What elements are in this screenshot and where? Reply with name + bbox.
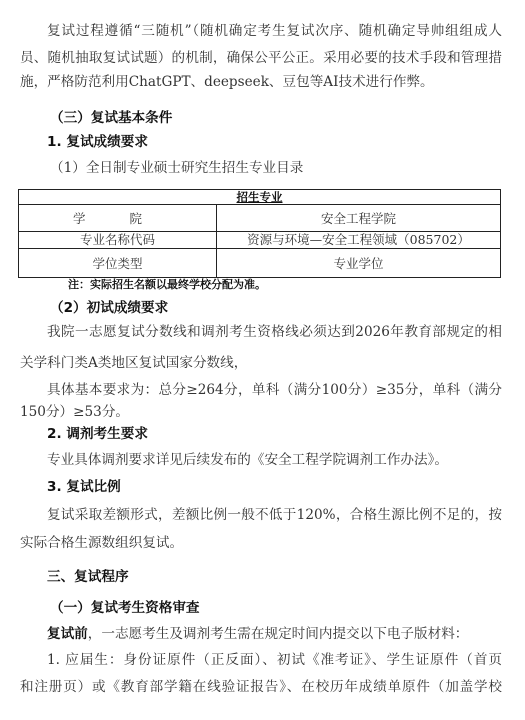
qualification-lead-bold: 复试前 — [47, 626, 88, 642]
item-major-catalog-label: （1）全日制专业硕士研究生招生专业目录 — [50, 160, 525, 176]
table-cell-value: 安全工程学院 — [217, 205, 501, 232]
ratio-line-1: 复试采取差额形式，差额比例一般不低于120%，合格生源比例不足的，按 — [47, 507, 502, 523]
table-header: 招生专业 — [19, 190, 501, 205]
qualification-lead: 复试前，一志愿考生及调剂考生需在规定时间内提交以下电子版材料： — [47, 626, 502, 642]
table-header-label: 招生专业 — [237, 190, 283, 204]
qualification-lead-text: ，一志愿考生及调剂考生需在规定时间内提交以下电子版材料： — [88, 626, 469, 642]
subheading-qualification-review: （一）复试考生资格审查 — [50, 600, 525, 616]
ratio-line-2: 实际合格生源数组织复试。 — [20, 535, 502, 551]
subheading-adjustment-requirements: 2. 调剂考生要求 — [47, 426, 525, 442]
score-para2-line-1: 具体基本要求为：总分≥264分，单科（满分100分）≥35分，单科（满分 — [47, 382, 502, 398]
subheading-initial-exam-scores: （2）初试成绩要求 — [50, 300, 525, 316]
table-cell-value: 专业学位 — [217, 249, 501, 278]
subheading-retest-ratio: 3. 复试比例 — [47, 479, 525, 495]
subheading-score-requirements: 1. 复试成绩要求 — [47, 134, 525, 150]
table-row: 学 院 安全工程学院 — [19, 205, 501, 232]
fresh-grad-line-2: 和注册页）或《教育部学籍在线验证报告》、在校历年成绩单原件（加盖学校 — [20, 679, 502, 695]
table-cell-label: 学 院 — [19, 205, 217, 232]
intro-line-1: 复试过程遵循“三随机”（随机确定考生复试次序、随机确定导帅组组成人 — [47, 23, 502, 39]
intro-line-3: 施，严格防范利用ChatGPT、deepseek、豆包等AI技术进行作弊。 — [20, 74, 502, 90]
table-row: 学位类型 专业学位 — [19, 249, 501, 278]
chapter-heading-retest-procedure: 三、复试程序 — [47, 569, 525, 585]
table-cell-label: 学位类型 — [19, 249, 217, 278]
table-row: 专业名称代码 资源与环境—安全工程领域（085702） — [19, 232, 501, 249]
section-heading-basic-conditions: （三）复试基本条件 — [50, 110, 525, 126]
table-note: 注：实际招生名额以最终学校分配为准。 — [68, 278, 266, 292]
adjustment-text: 专业具体调剂要求详见后续发布的《安全工程学院调剂工作办法》。 — [47, 452, 502, 468]
college-label: 学 院 — [73, 211, 162, 226]
fresh-grad-line-1: 1. 应届生：身份证原件（正反面）、初试《准考证》、学生证原件（首页 — [47, 652, 502, 668]
table-cell-label: 专业名称代码 — [19, 232, 217, 249]
major-table: 招生专业 学 院 安全工程学院 专业名称代码 资源与环境—安全工程领域（0857… — [18, 189, 501, 278]
score-para1-line-2: 关学科门类A类地区复试国家分数线， — [20, 355, 502, 371]
table-cell-value: 资源与环境—安全工程领域（085702） — [217, 232, 501, 249]
score-para1-line-1: 我院一志愿复试分数线和调剂考生资格线必须达到2026年教育部规定的相 — [47, 324, 502, 340]
intro-line-2: 员、随机抽取复试试题）的机制，确保公平公正。采用必要的技术手段和管理措 — [20, 50, 502, 66]
score-para2-line-2: 150分）≥53分。 — [20, 404, 502, 420]
